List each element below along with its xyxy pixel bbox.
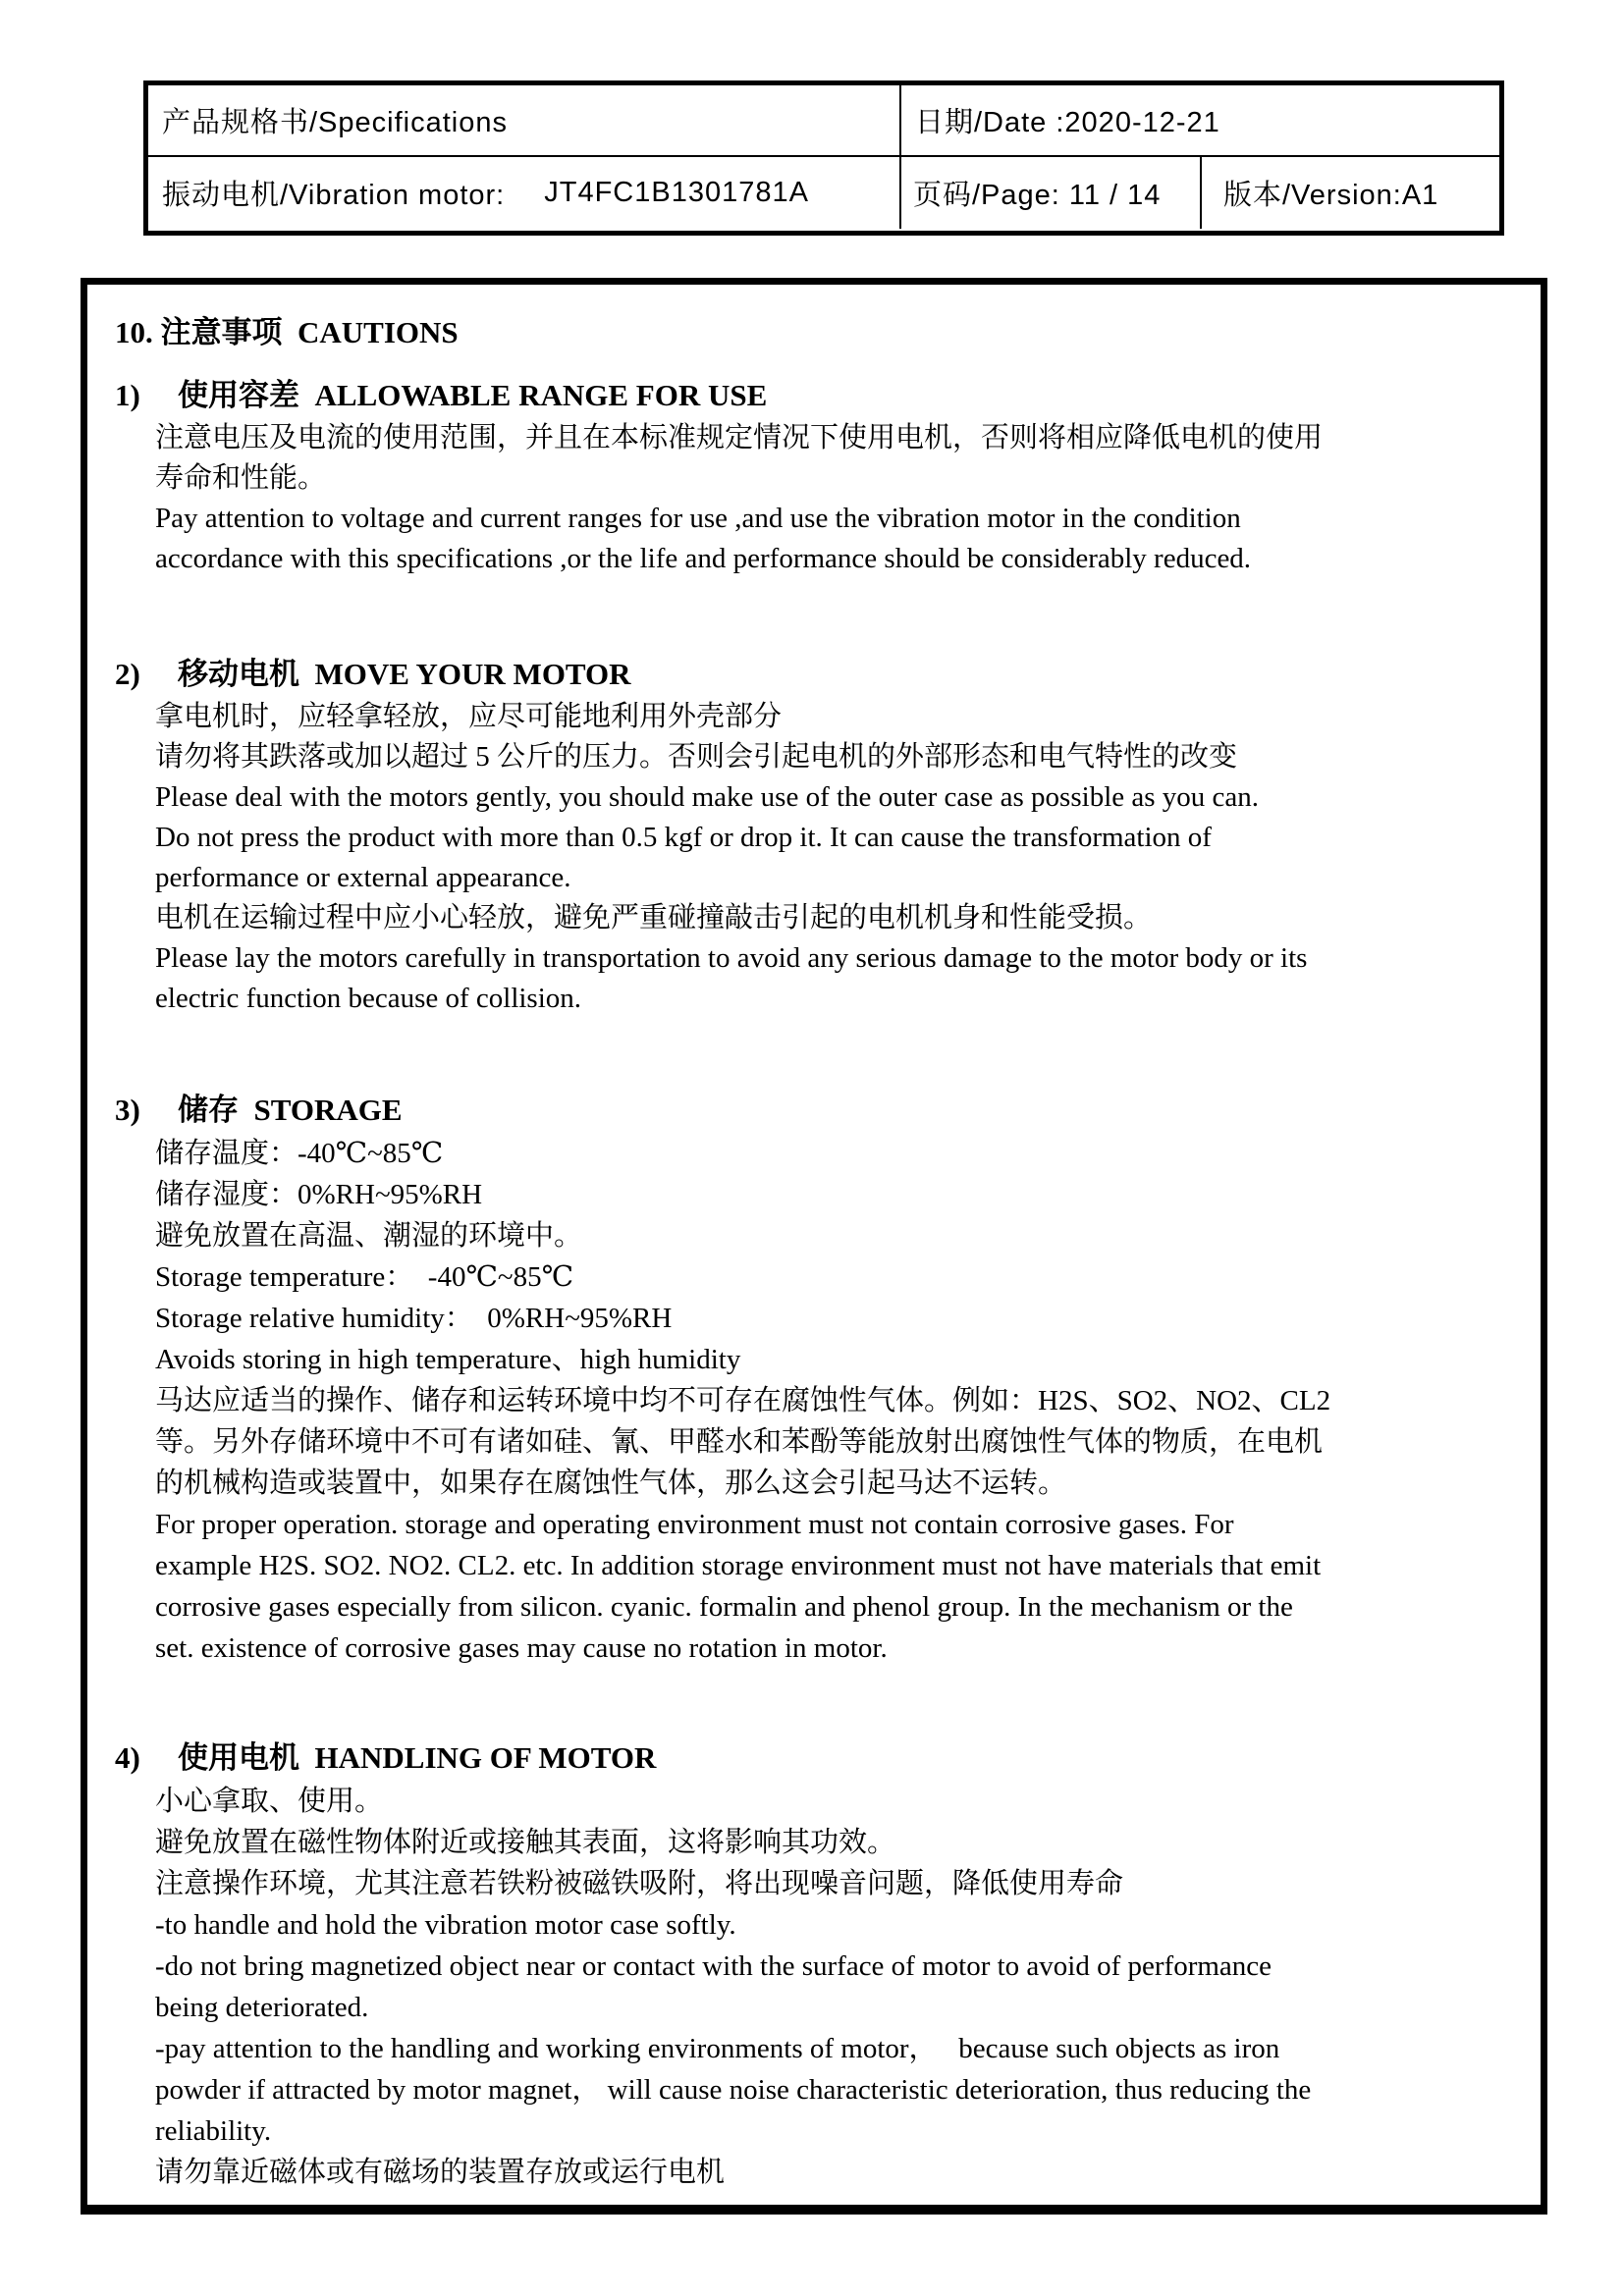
text-line: 储存湿度：0%RH~95%RH: [155, 1174, 1541, 1215]
text-line: Storage temperature： -40℃~85℃: [155, 1256, 1541, 1298]
section-2-number: 2): [115, 652, 178, 697]
text-line: Please deal with the motors gently, you …: [155, 777, 1541, 818]
section-2-body: 拿电机时，应轻拿轻放，应尽可能地利用外壳部分 请勿将其跌落或加以超过 5 公斤的…: [155, 697, 1541, 1019]
section-1-heading: 1) 使用容差 ALLOWABLE RANGE FOR USE: [115, 373, 1541, 418]
page-cell: 页码/Page: 11 / 14: [901, 157, 1202, 229]
text-line: 拿电机时，应轻拿轻放，应尽可能地利用外壳部分: [155, 697, 1541, 737]
section-1-title: 使用容差 ALLOWABLE RANGE FOR USE: [178, 373, 767, 418]
section-4-heading: 4) 使用电机 HANDLING OF MOTOR: [115, 1735, 1541, 1781]
text-line: being deteriorated.: [155, 1987, 1541, 2028]
section-3-number: 3): [115, 1088, 178, 1133]
date-label: 日期/Date :2020-12-21: [915, 100, 1220, 140]
version-cell: 版本/Version:A1: [1202, 157, 1499, 229]
text-line: 电机在运输过程中应小心轻放，避免严重碰撞敲击引起的电机机身和性能受损。: [155, 898, 1541, 938]
motor-cell: 振动电机/Vibration motor: JT4FC1B1301781A: [148, 157, 901, 229]
text-line: electric function because of collision.: [155, 979, 1541, 1019]
spec-title-label: 产品规格书/Specifications: [162, 100, 508, 140]
text-line: set. existence of corrosive gases may ca…: [155, 1628, 1541, 1669]
version-label: 版本/Version:A1: [1223, 173, 1438, 213]
spec-title-cell: 产品规格书/Specifications: [148, 85, 901, 155]
text-line: accordance with this specifications ,or …: [155, 539, 1541, 579]
section-2-title: 移动电机 MOVE YOUR MOTOR: [178, 652, 631, 697]
text-line: 避免放置在磁性物体附近或接触其表面，这将影响其功效。: [155, 1822, 1541, 1863]
section-3-title: 储存 STORAGE: [178, 1088, 403, 1133]
text-line: corrosive gases especially from silicon.…: [155, 1586, 1541, 1628]
text-line: For proper operation. storage and operat…: [155, 1504, 1541, 1545]
header-row-1: 产品规格书/Specifications 日期/Date :2020-12-21: [148, 85, 1499, 157]
text-line: Storage relative humidity： 0%RH~95%RH: [155, 1298, 1541, 1339]
text-line: -to handle and hold the vibration motor …: [155, 1904, 1541, 1946]
text-line: Please lay the motors carefully in trans…: [155, 938, 1541, 979]
text-line: Avoids storing in high temperature、high …: [155, 1339, 1541, 1380]
text-line: 避免放置在高温、潮湿的环境中。: [155, 1215, 1541, 1256]
text-line: Do not press the product with more than …: [155, 818, 1541, 858]
section-4-title: 使用电机 HANDLING OF MOTOR: [178, 1735, 656, 1781]
section-3-body: 储存温度：-40℃~85℃ 储存湿度：0%RH~95%RH 避免放置在高温、潮湿…: [155, 1133, 1541, 1669]
text-line: 马达应适当的操作、储存和运转环境中均不可存在腐蚀性气体。例如：H2S、SO2、N…: [155, 1380, 1541, 1421]
text-line: 请勿将其跌落或加以超过 5 公斤的压力。否则会引起电机的外部形态和电气特性的改变: [155, 737, 1541, 777]
section-1-body: 注意电压及电流的使用范围，并且在本标准规定情况下使用电机，否则将相应降低电机的使…: [155, 418, 1541, 579]
text-line: 请勿靠近磁体或有磁场的装置存放或运行电机: [155, 2152, 1541, 2193]
page-label: 页码/Page: 11 / 14: [913, 173, 1161, 213]
text-line: 等。另外存储环境中不可有诸如硅、氰、甲醛水和苯酚等能放射出腐蚀性气体的物质，在电…: [155, 1421, 1541, 1463]
text-line: performance or external appearance.: [155, 858, 1541, 898]
text-line: 注意操作环境，尤其注意若铁粉被磁铁吸附，将出现噪音问题，降低使用寿命: [155, 1863, 1541, 1904]
text-line: reliability.: [155, 2110, 1541, 2152]
text-line: 储存温度：-40℃~85℃: [155, 1133, 1541, 1174]
text-line: example H2S. SO2. NO2. CL2. etc. In addi…: [155, 1545, 1541, 1586]
motor-label: 振动电机/Vibration motor:: [162, 173, 505, 213]
text-line: 小心拿取、使用。: [155, 1781, 1541, 1822]
text-line: powder if attracted by motor magnet， wil…: [155, 2069, 1541, 2110]
motor-model: JT4FC1B1301781A: [544, 177, 809, 209]
section-2-heading: 2) 移动电机 MOVE YOUR MOTOR: [115, 652, 1541, 697]
header-row-2: 振动电机/Vibration motor: JT4FC1B1301781A 页码…: [148, 157, 1499, 229]
section-storage: 3) 储存 STORAGE 储存温度：-40℃~85℃ 储存湿度：0%RH~95…: [115, 1088, 1541, 1669]
document-page: 产品规格书/Specifications 日期/Date :2020-12-21…: [0, 0, 1624, 2296]
cautions-title: 10. 注意事项 CAUTIONS: [115, 310, 1541, 355]
text-line: 寿命和性能。: [155, 458, 1541, 499]
cautions-box: 10. 注意事项 CAUTIONS 1) 使用容差 ALLOWABLE RANG…: [81, 278, 1547, 2215]
text-line: -pay attention to the handling and worki…: [155, 2028, 1541, 2069]
section-allowable-range: 1) 使用容差 ALLOWABLE RANGE FOR USE 注意电压及电流的…: [115, 373, 1541, 579]
section-4-number: 4): [115, 1735, 178, 1781]
text-line: Pay attention to voltage and current ran…: [155, 499, 1541, 539]
section-4-body: 小心拿取、使用。 避免放置在磁性物体附近或接触其表面，这将影响其功效。 注意操作…: [155, 1781, 1541, 2193]
text-line: -do not bring magnetized object near or …: [155, 1946, 1541, 1987]
date-cell: 日期/Date :2020-12-21: [901, 85, 1499, 155]
section-1-number: 1): [115, 373, 178, 418]
text-line: 的机械构造或装置中，如果存在腐蚀性气体，那么这会引起马达不运转。: [155, 1463, 1541, 1504]
section-handling: 4) 使用电机 HANDLING OF MOTOR 小心拿取、使用。 避免放置在…: [115, 1735, 1541, 2193]
text-line: 注意电压及电流的使用范围，并且在本标准规定情况下使用电机，否则将相应降低电机的使…: [155, 418, 1541, 458]
section-move-motor: 2) 移动电机 MOVE YOUR MOTOR 拿电机时，应轻拿轻放，应尽可能地…: [115, 652, 1541, 1019]
header-table: 产品规格书/Specifications 日期/Date :2020-12-21…: [143, 80, 1504, 236]
section-3-heading: 3) 储存 STORAGE: [115, 1088, 1541, 1133]
